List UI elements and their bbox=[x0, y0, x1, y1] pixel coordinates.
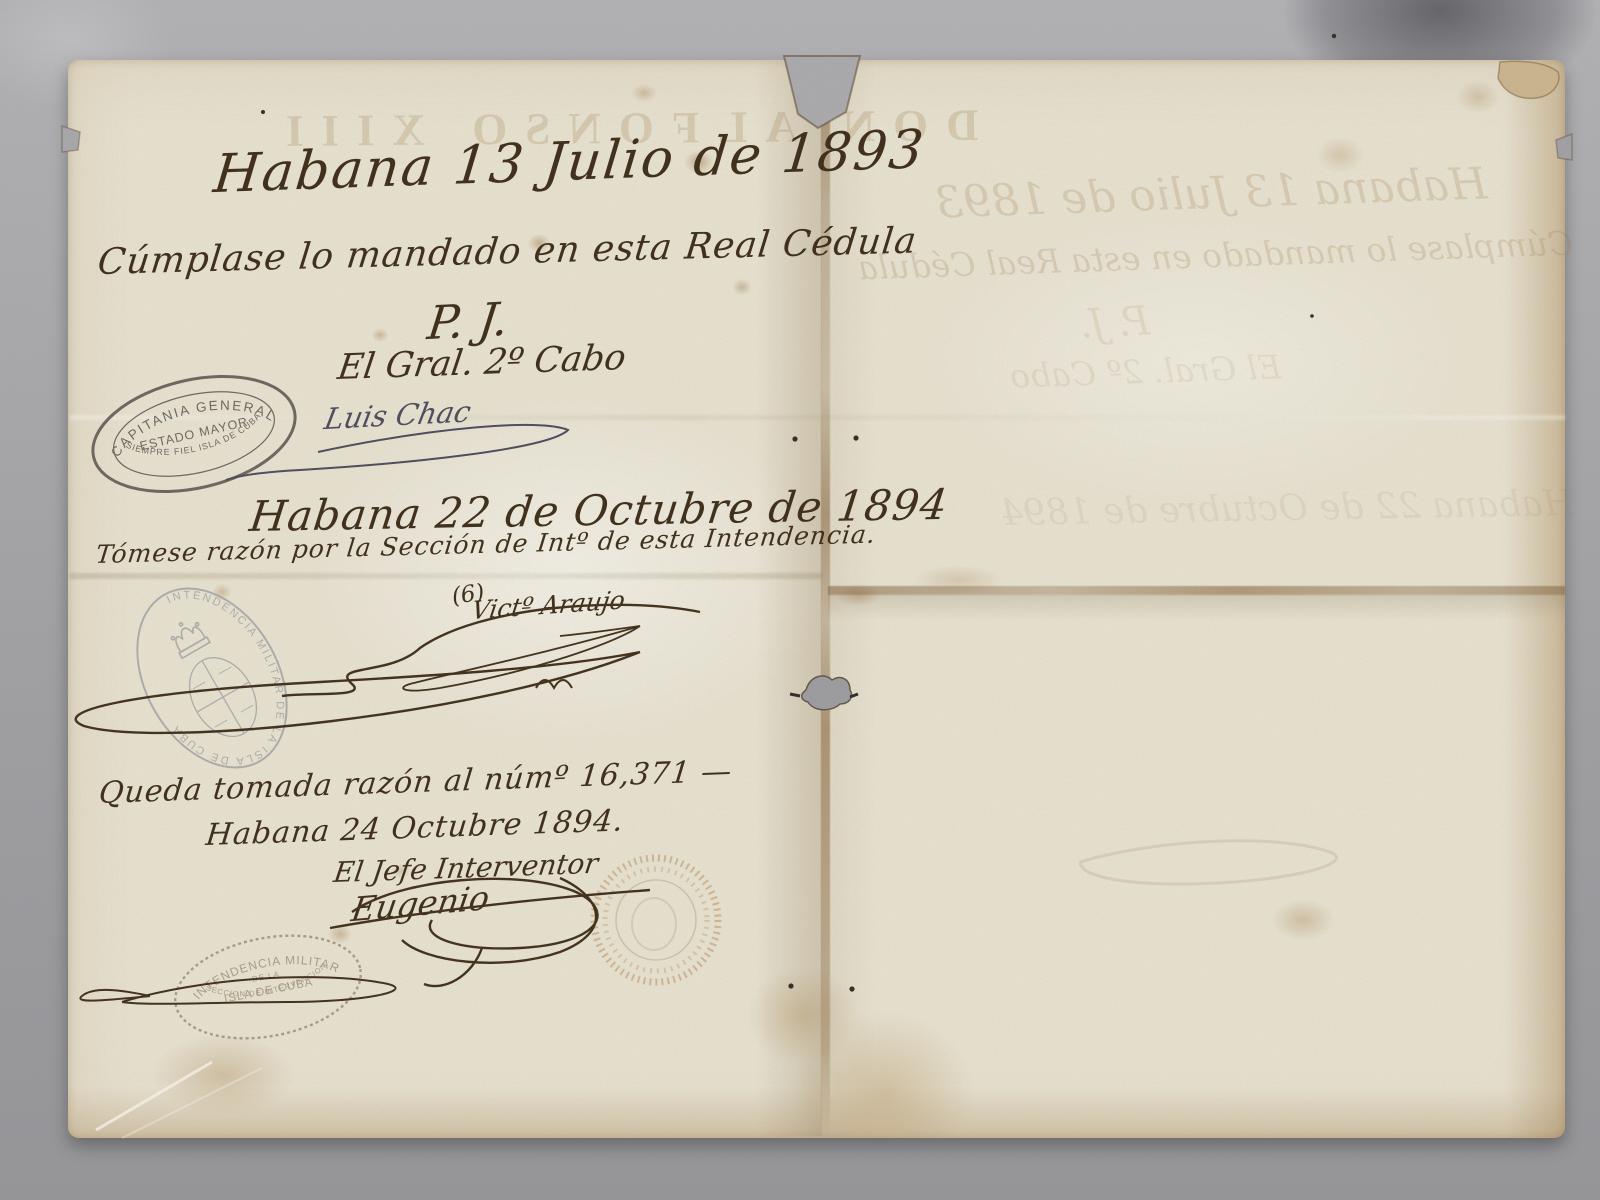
ghost-line-3: P. J. bbox=[1079, 298, 1151, 348]
photo-scene: DON ALFONSO XIII Habana 13 Julio de 1893… bbox=[0, 0, 1600, 1200]
document-paper bbox=[68, 60, 1565, 1138]
